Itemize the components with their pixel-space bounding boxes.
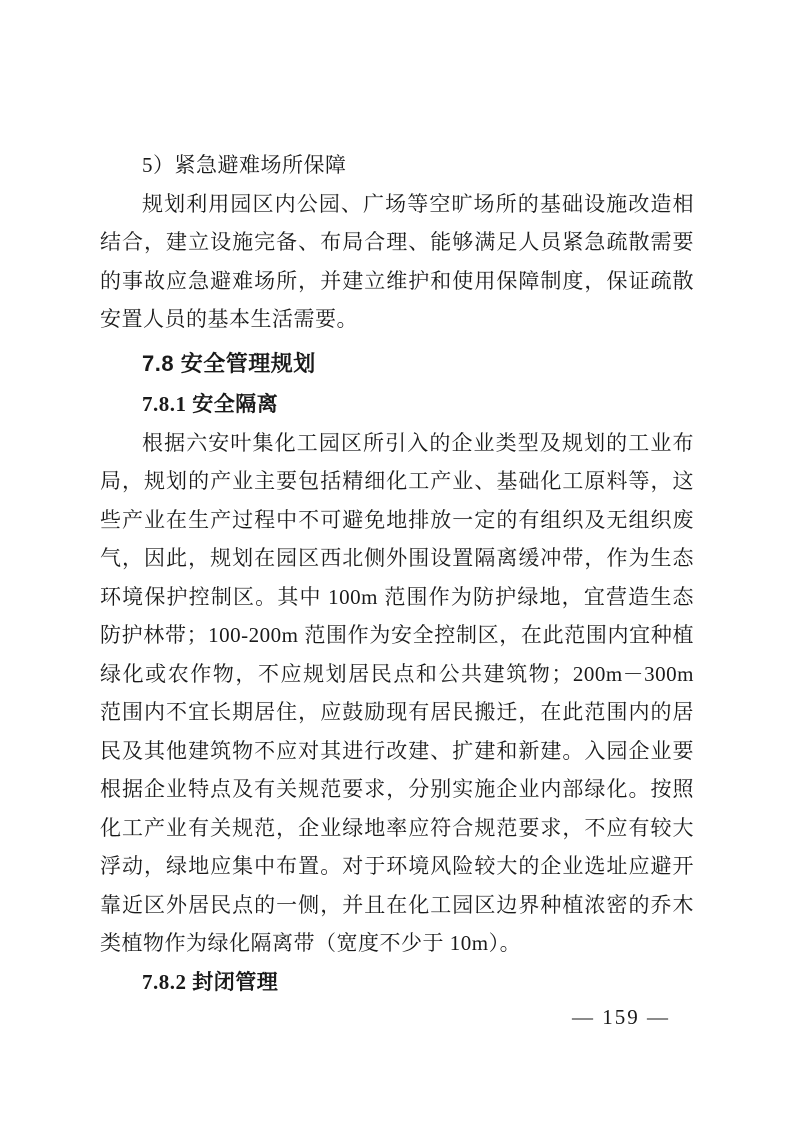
subsection-heading-7-8-2: 7.8.2 封闭管理: [100, 963, 694, 1002]
page-number: — 159 —: [572, 1003, 670, 1031]
page-content: 5）紧急避难场所保障 规划利用园区内公园、广场等空旷场所的基础设施改造相结合，建…: [100, 146, 694, 1001]
paragraph-safety-isolation: 根据六安叶集化工园区所引入的企业类型及规划的工业布局，规划的产业主要包括精细化工…: [100, 424, 694, 963]
paragraph-emergency-shelter: 规划利用园区内公园、广场等空旷场所的基础设施改造相结合，建立设施完备、布局合理、…: [100, 185, 694, 339]
subsection-heading-7-8-1: 7.8.1 安全隔离: [100, 385, 694, 424]
list-heading-emergency-shelter: 5）紧急避难场所保障: [100, 146, 694, 185]
document-page: 5）紧急避难场所保障 规划利用园区内公园、广场等空旷场所的基础设施改造相结合，建…: [0, 0, 794, 1122]
section-heading-7-8: 7.8 安全管理规划: [100, 345, 694, 384]
